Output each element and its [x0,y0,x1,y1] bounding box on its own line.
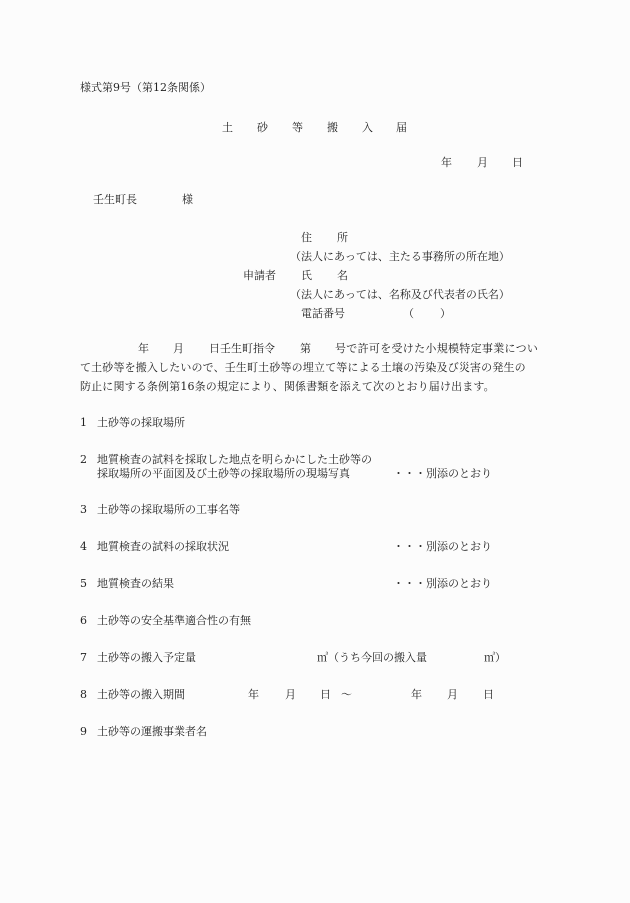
date-month-field[interactable]: 月 [477,156,488,170]
item-number: 2 [80,453,87,467]
item-number: 1 [80,416,87,430]
item-number: 4 [80,540,87,554]
item-number: 7 [80,651,87,665]
item-text: 土砂等の搬入予定量 [97,651,196,665]
item-text: 地質検査の結果 [97,577,174,591]
item-note: ・・・別添のとおり [393,467,492,481]
item-text: 地質検査の試料を採取した地点を明らかにした土砂等の [97,453,372,467]
period-to-year[interactable]: 年 [411,688,422,702]
period-to-day[interactable]: 日 [483,688,494,702]
name-label: 名 [337,269,348,283]
body-line-3: 防止に関する条例第16条の規定により、関係書類を添えて次のとおり届け出ます。 [80,380,495,394]
applicant-label: 申請者 [243,269,276,283]
date-year-field[interactable]: 年 [441,156,452,170]
permit-day-text: 日壬生町指令 [209,342,275,356]
body-line-2: て土砂等を搬入したいので、壬生町土砂等の埋立て等による土壌の汚染及び災害の発生の [80,361,526,375]
address-label: 住 [301,231,312,245]
addressee-honorific: 様 [182,193,193,207]
item-number: 3 [80,503,87,517]
title-char: 搬 [327,121,338,135]
name-label: 氏 [301,269,312,283]
period-to-month[interactable]: 月 [447,688,458,702]
phone-paren-open[interactable]: （ [403,307,414,321]
form-number: 様式第9号（第12条関係） [80,81,211,95]
phone-label: 電話番号 [301,307,345,321]
title-char: 土 [222,121,233,135]
date-day-field[interactable]: 日 [512,156,523,170]
volume-unit-this-time[interactable]: ㎥） [484,651,506,665]
address-label: 所 [337,231,348,245]
item-note: ・・・別添のとおり [393,577,492,591]
period-from-day[interactable]: 日 [320,688,331,702]
item-text-continued: 採取場所の平面図及び土砂等の採取場所の現場写真 [97,467,350,481]
title-char: 届 [396,121,407,135]
title-char: 砂 [257,121,268,135]
title-char: 等 [292,121,303,135]
permit-year-field[interactable]: 年 [138,342,149,356]
permit-month-field[interactable]: 月 [173,342,184,356]
period-from-month[interactable]: 月 [285,688,296,702]
item-number: 8 [80,688,87,702]
item-number: 5 [80,577,87,591]
address-note: （法人にあっては、主たる事務所の所在地） [290,250,510,264]
volume-unit-total[interactable]: ㎥（うち今回の搬入量 [317,651,427,665]
addressee-name: 壬生町長 [93,193,137,207]
period-from-year[interactable]: 年 [248,688,259,702]
item-number: 9 [80,725,87,739]
item-text: 土砂等の搬入期間 [97,688,185,702]
item-note: ・・・別添のとおり [393,540,492,554]
item-number: 6 [80,614,87,628]
title-char: 入 [362,121,373,135]
item-text: 土砂等の安全基準適合性の有無 [97,614,251,628]
item-text: 土砂等の採取場所の工事名等 [97,503,240,517]
item-text: 土砂等の採取場所 [97,416,185,430]
name-note: （法人にあっては、名称及び代表者の氏名） [290,288,510,302]
item-text: 地質検査の試料の採取状況 [97,540,229,554]
permit-number-prefix: 第 [300,342,311,356]
item-text: 土砂等の運搬事業者名 [97,725,207,739]
phone-paren-close[interactable]: ） [440,307,451,321]
period-tilde: ～ [341,688,352,702]
body-line-1: 号で許可を受けた小規模特定事業につい [335,342,538,356]
